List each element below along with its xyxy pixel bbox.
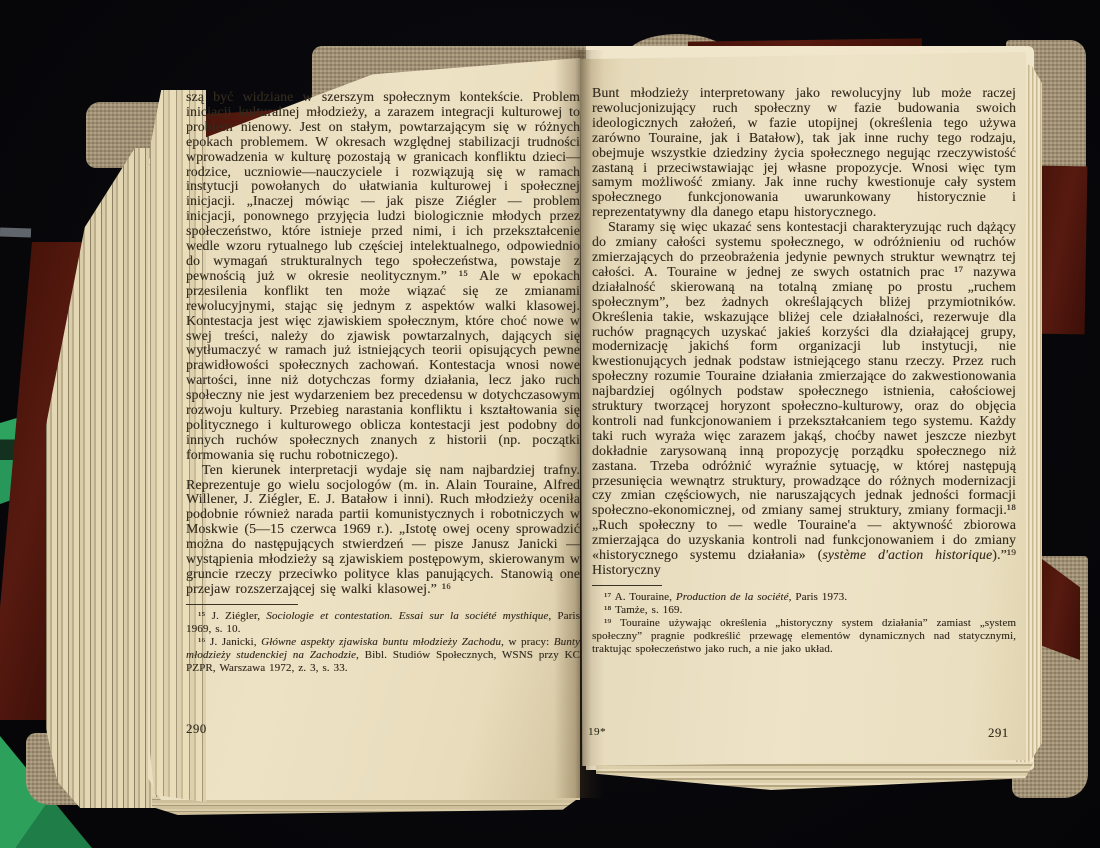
footnote-19-text: Touraine używając określenia „historyczn… [592, 617, 1016, 655]
footnote-separator-rule [186, 604, 298, 605]
footnote-16-title: Główne aspekty zjawiska buntu młodzieży … [261, 636, 501, 648]
footnote-17-ref: , Paris 1973. [789, 591, 848, 603]
signature-mark: 19* [588, 726, 606, 738]
footnote-17-title: Production de la société [676, 591, 789, 603]
left-paragraph-1: szą być widziane w szerszym społecznym k… [186, 90, 580, 463]
right-page-text-block: Bunt młodzieży interpretowany jako rewol… [592, 86, 1016, 656]
right-paragraph-2-text: Staramy się więc ukazać sens kontestacji… [592, 219, 1016, 562]
right-page-number: 291 [988, 726, 1009, 741]
right-paragraph-2-italic: système d'action historique [822, 547, 992, 562]
right-cover-leather-edge [1037, 166, 1088, 335]
footnote-15-title: Sociologie et contestation. Essai sur la… [266, 610, 548, 622]
footnote-15-author: J. Ziégler, [205, 610, 266, 622]
footnote-18-text: Tamże, s. 169. [611, 604, 682, 616]
footnote-18: ¹⁸ Tamże, s. 169. [592, 604, 1016, 617]
footnote-separator-rule [592, 585, 662, 586]
cradle-grey-clip [0, 227, 31, 237]
footnote-16: ¹⁶ J. Janicki, Główne aspekty zjawiska b… [186, 636, 580, 675]
left-paragraph-2: Ten kierunek interpretacji wydaje się na… [186, 463, 580, 597]
footnote-17-author: A. Touraine, [611, 591, 676, 603]
right-paragraph-1: Bunt młodzieży interpretowany jako rewol… [592, 86, 1016, 220]
footnote-15: ¹⁵ J. Ziégler, Sociologie et contestatio… [186, 610, 580, 636]
footnote-16-conn: , w pracy: [501, 636, 554, 648]
footnote-17: ¹⁷ A. Touraine, Production de la société… [592, 591, 1016, 604]
bottom-right-page-edges [596, 762, 1034, 790]
footnote-16-author: J. Janicki, [205, 636, 261, 648]
footnote-19: ¹⁹ Touraine używając określenia „history… [592, 617, 1016, 656]
left-page-number: 290 [186, 722, 207, 737]
left-page-text-block: szą być widziane w szerszym społecznym k… [186, 90, 580, 675]
book-photo-scene: szą być widziane w szerszym społecznym k… [0, 0, 1100, 848]
right-paragraph-2: Staramy się więc ukazać sens kontestacji… [592, 220, 1016, 578]
